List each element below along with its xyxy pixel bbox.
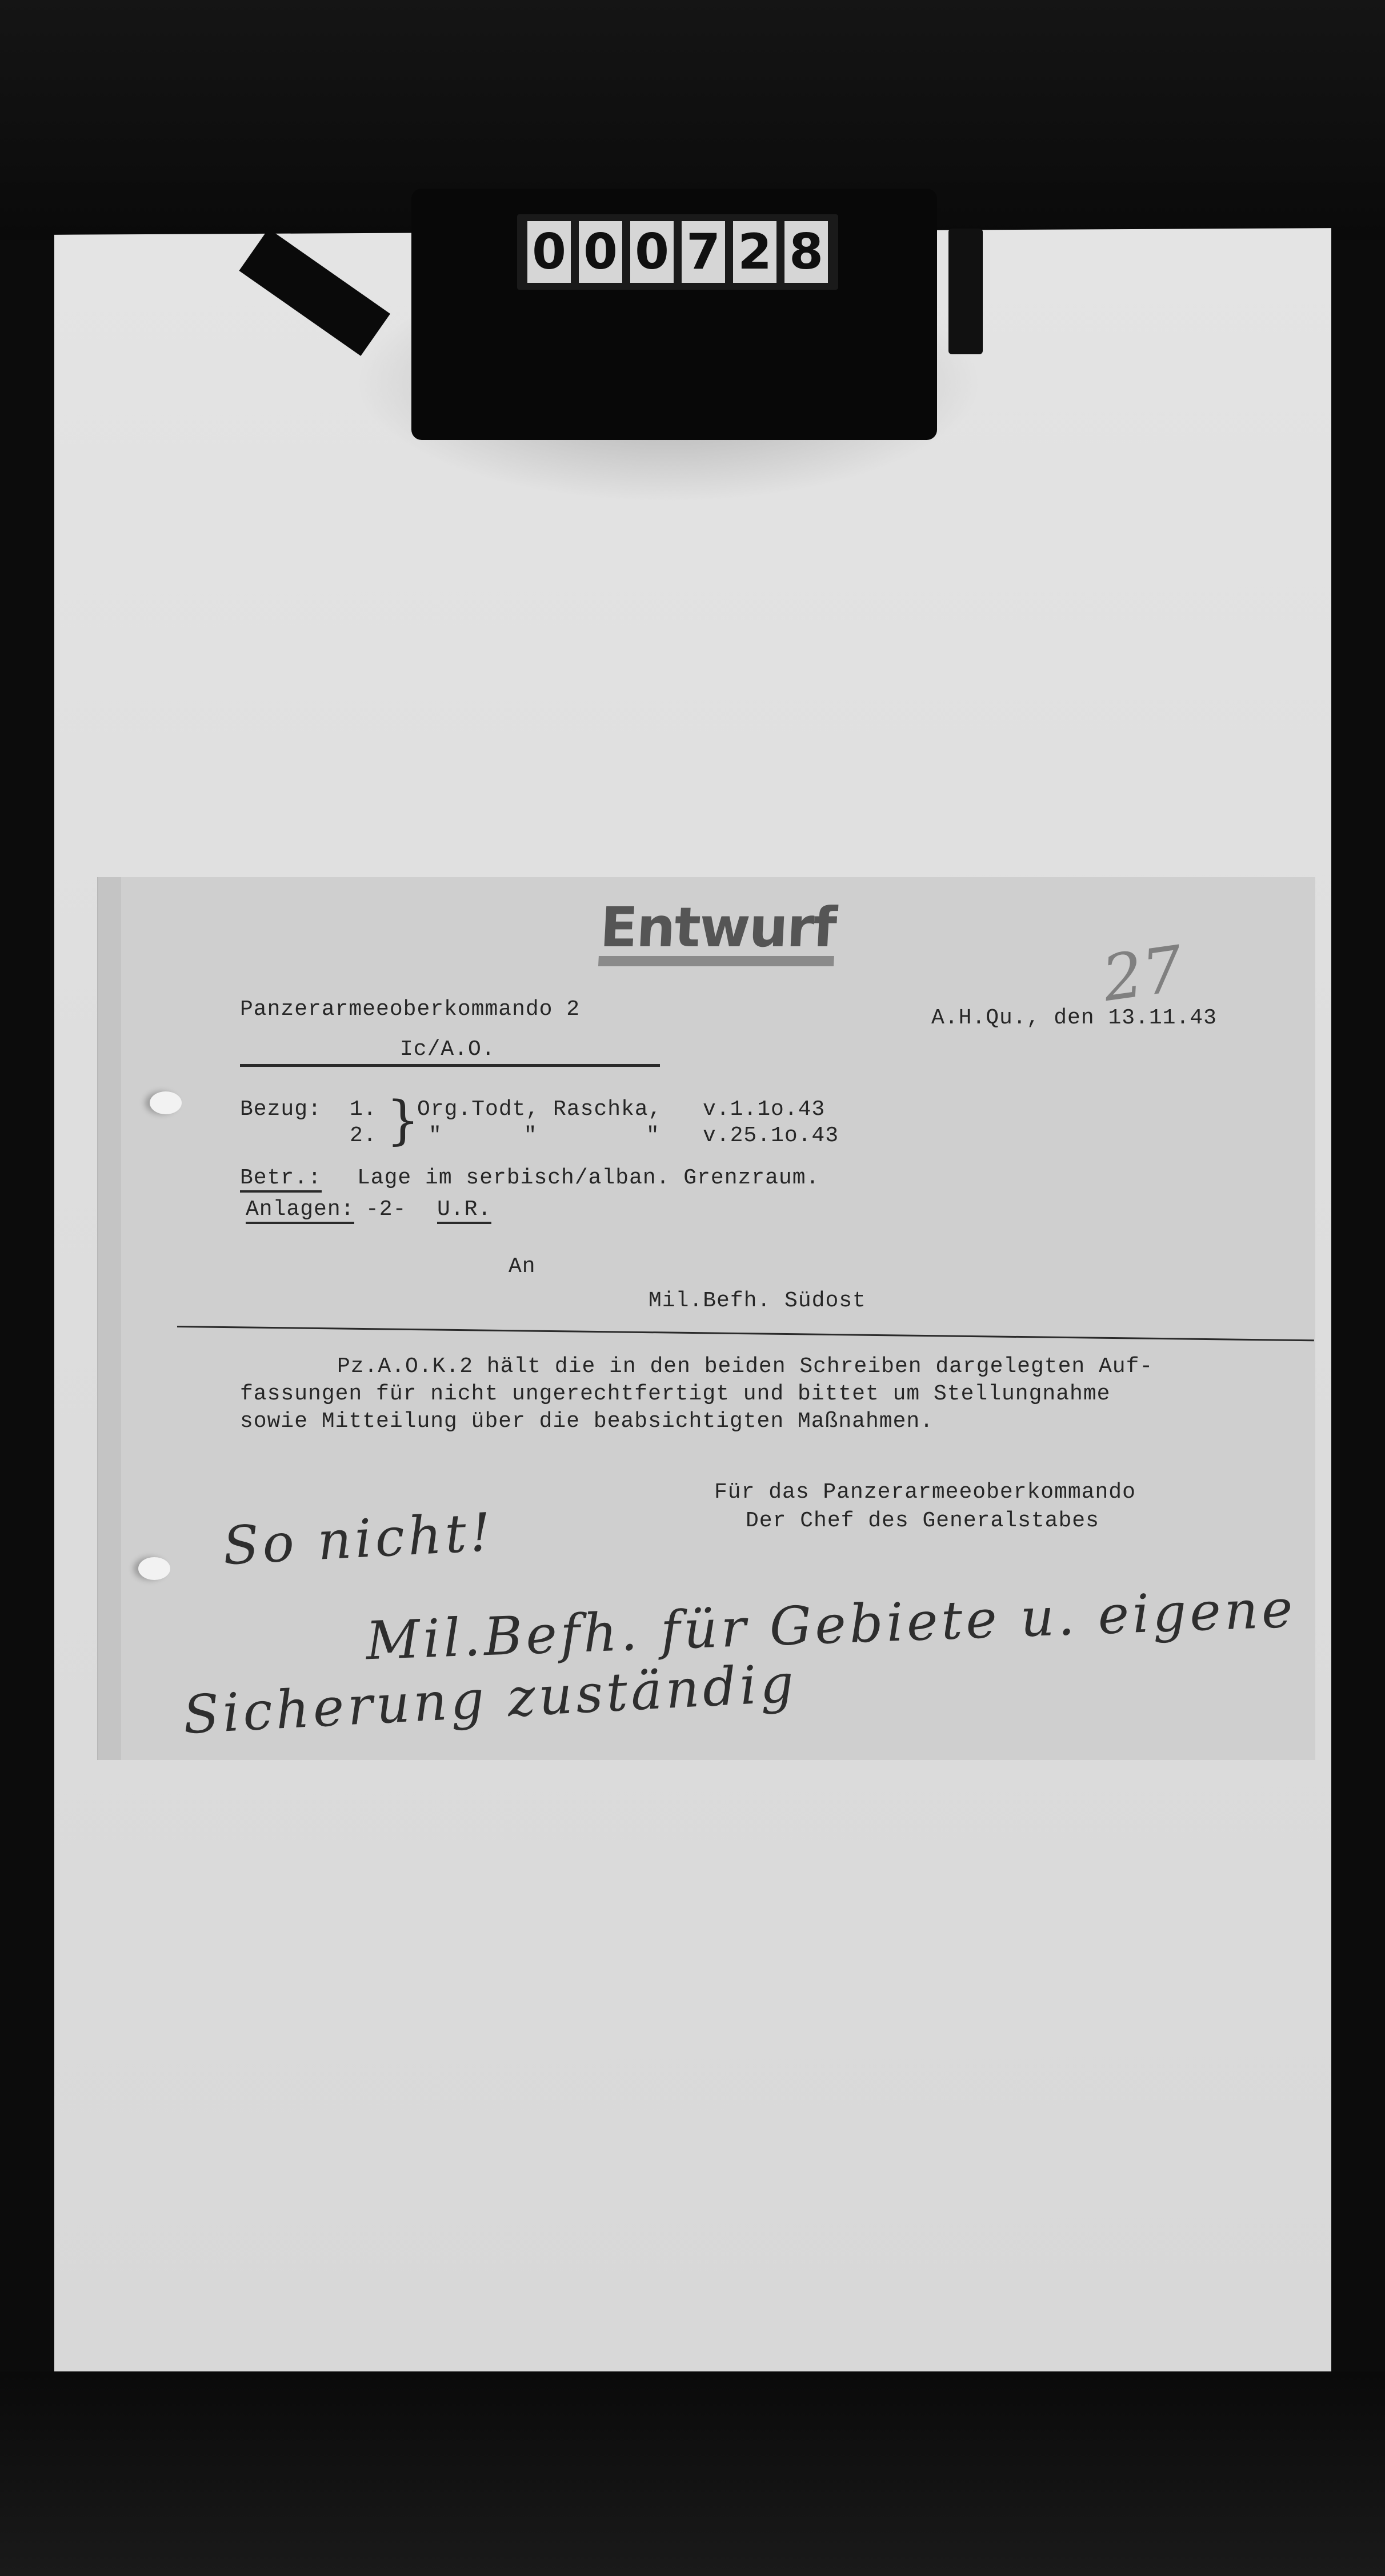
film-border-bottom [0,2371,1385,2576]
frame-counter: 0 0 0 7 2 8 [517,214,838,290]
body-line-2: fassungen für nicht ungerechtfertigt und… [240,1382,1110,1406]
counter-knob-icon [948,229,983,354]
department: Ic/A.O. [400,1037,495,1062]
punch-hole-icon [150,1091,182,1114]
place-date: A.H.Qu., den 13.11.43 [931,1006,1217,1030]
attachments-count: -2- [366,1197,406,1222]
counter-digit: 0 [527,221,571,283]
brace-icon: } [386,1094,420,1147]
reference-num-2: 2. [350,1123,377,1148]
attachments-label: Anlagen: [246,1197,354,1224]
body-line-3: sowie Mitteilung über die beabsichtigten… [240,1409,934,1434]
reference-num-1: 1. [350,1097,377,1122]
body-line-1: Pz.A.O.K.2 hält die in den beiden Schrei… [337,1354,1153,1379]
counter-digit: 8 [784,221,828,283]
reference-text-2: " " " [429,1123,660,1148]
reference-date-1: v.1.1o.43 [703,1097,825,1122]
counter-digit: 0 [630,221,674,283]
recipient-prefix: An [509,1254,536,1279]
signature-line-1: Für das Panzerarmeeoberkommando [714,1480,1136,1505]
subject-label: Betr.: [240,1166,322,1193]
counter-digit: 2 [733,221,776,283]
counter-digit: 0 [579,221,622,283]
counter-digit: 7 [682,221,725,283]
draft-stamp: Entwurf [598,900,837,966]
sender: Panzerarmeeoberkommando 2 [240,997,580,1022]
punch-hole-icon [138,1557,170,1580]
reference-date-2: v.25.1o.43 [703,1123,839,1148]
signature-line-2: Der Chef des Generalstabes [746,1509,1099,1533]
header-rule [240,1064,660,1067]
reference-text-1: Org.Todt, Raschka, [417,1097,662,1122]
pencil-page-number: 27 [1098,932,1187,1015]
attachments-note: U.R. [437,1197,491,1224]
recipient-name: Mil.Befh. Südost [649,1289,866,1313]
subject-text: Lage im serbisch/alban. Grenzraum. [357,1166,819,1190]
reference-label: Bezug: [240,1097,322,1122]
